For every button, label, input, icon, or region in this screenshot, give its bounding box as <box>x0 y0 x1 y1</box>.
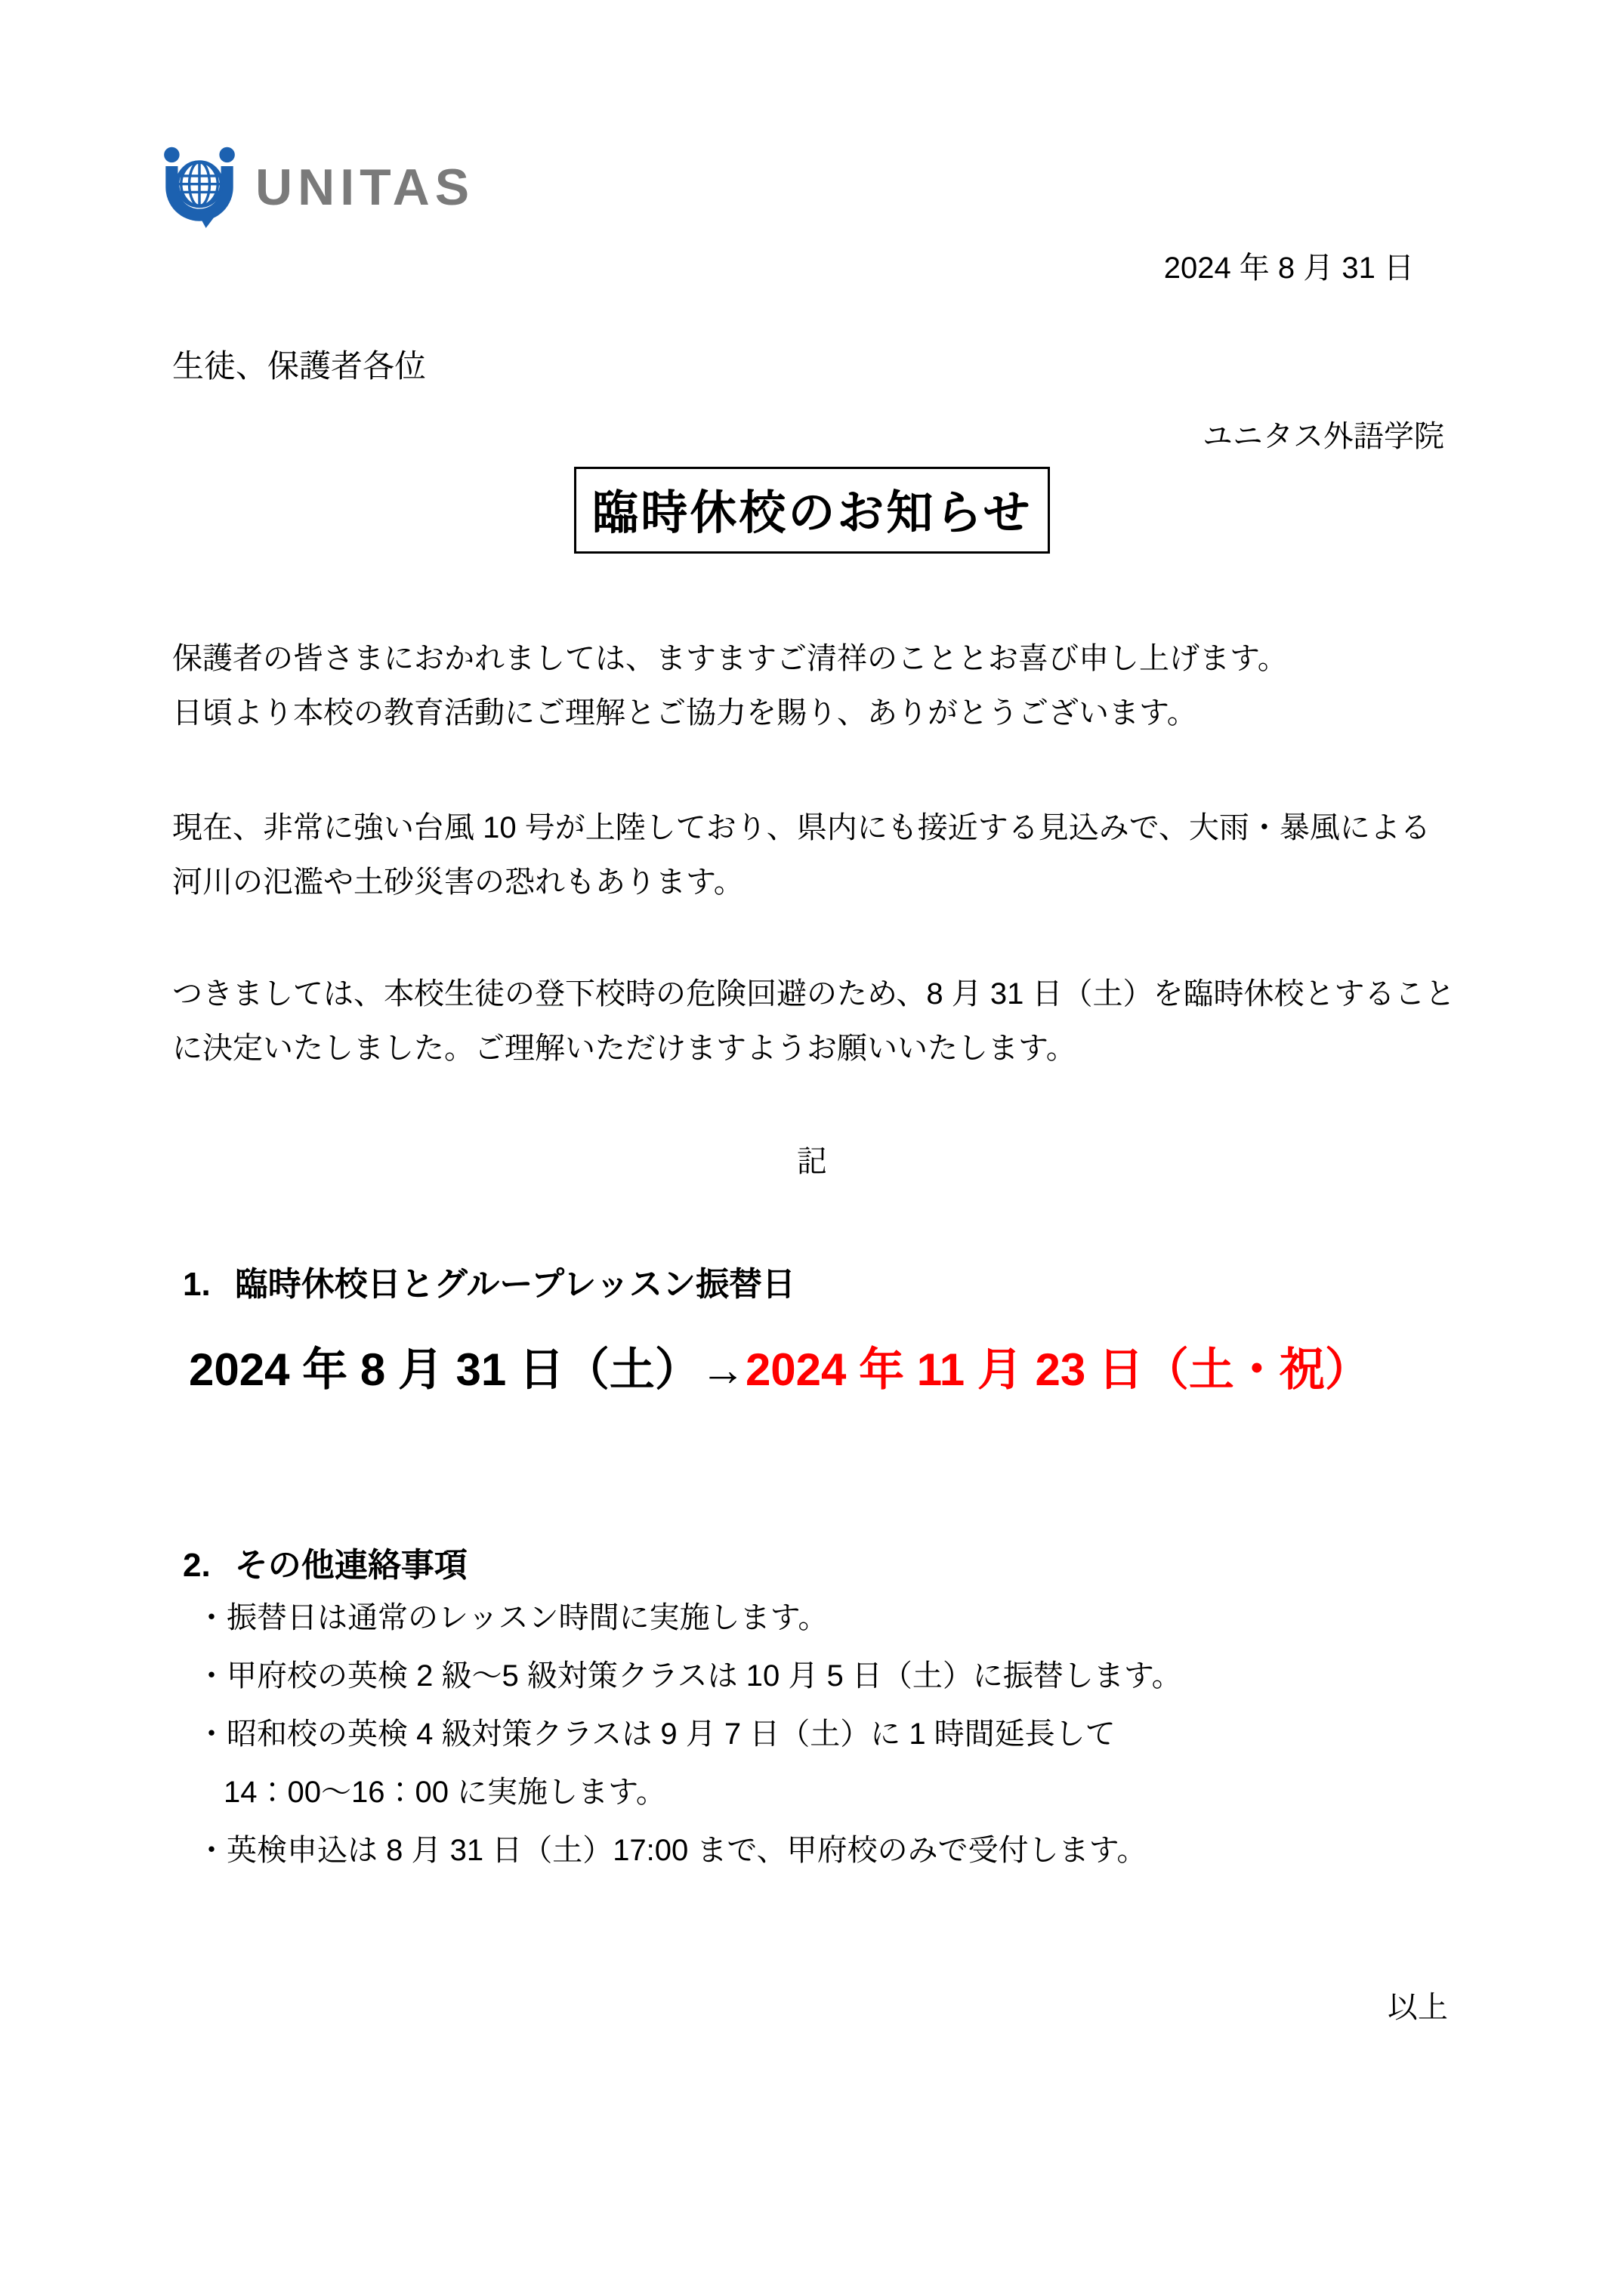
globe-speech-bubble-icon <box>157 145 242 230</box>
recipient-line: 生徒、保護者各位 <box>172 341 426 387</box>
note-item-continuation: 14：00～16：00 に実施します。 <box>196 1764 1182 1822</box>
closing-marker: 以上 <box>1388 1983 1448 2026</box>
organization-name: ユニタス外語学院 <box>1203 412 1444 455</box>
section-2-title: その他連絡事項 <box>235 1547 468 1584</box>
section-1-heading: 1.臨時休校日とグループレッスン振替日 <box>183 1257 795 1305</box>
section-2-heading: 2.その他連絡事項 <box>183 1538 468 1586</box>
situation-paragraph: 現在、非常に強い台風 10 号が上陸しており、県内にも接近する見込みで、大雨・暴… <box>172 801 1431 909</box>
note-item: ・振替日は通常のレッスン時間に実施します。 <box>196 1589 1182 1647</box>
situation-line: 現在、非常に強い台風 10 号が上陸しており、県内にも接近する見込みで、大雨・暴… <box>172 801 1431 855</box>
decision-paragraph: つきましては、本校生徒の登下校時の危険回避のため、8 月 31 日（土）を臨時休… <box>172 967 1455 1076</box>
section-1-number: 1. <box>183 1266 211 1304</box>
issue-date: 2024 年 8 月 31 日 <box>1164 244 1414 287</box>
notes-list: ・振替日は通常のレッスン時間に実施します。 ・甲府校の英検 2 級～5 級対策ク… <box>196 1589 1182 1880</box>
greeting-paragraph: 保護者の皆さまにおかれましては、ますますご清祥のこととお喜び申し上げます。 日頃… <box>172 631 1288 740</box>
makeup-date: 2024 年 11 月 23 日（土・祝） <box>746 1344 1370 1395</box>
decision-line: つきましては、本校生徒の登下校時の危険回避のため、8 月 31 日（土）を臨時休… <box>172 967 1455 1021</box>
unitas-logo: UNITAS <box>157 145 474 230</box>
arrow-glyph: → <box>700 1344 746 1395</box>
section-1-title: 臨時休校日とグループレッスン振替日 <box>235 1266 795 1303</box>
note-item: ・英検申込は 8 月 31 日（土）17:00 まで、甲府校のみで受付します。 <box>196 1822 1182 1880</box>
decision-line: に決定いたしました。ご理解いただけますようお願いいたします。 <box>172 1021 1455 1076</box>
document-page: UNITAS 2024 年 8 月 31 日 生徒、保護者各位 ユニタス外語学院… <box>0 0 1624 2293</box>
section-2-number: 2. <box>183 1547 211 1585</box>
title-row: 臨時休校のお知らせ <box>0 467 1624 554</box>
logo-wordmark: UNITAS <box>255 162 474 213</box>
situation-line: 河川の氾濫や土砂災害の恐れもあります。 <box>172 855 1431 909</box>
reschedule-line: 2024 年 8 月 31 日（土）→2024 年 11 月 23 日（土・祝） <box>189 1334 1370 1399</box>
note-item: ・甲府校の英検 2 級～5 級対策クラスは 10 月 5 日（土）に振替します。 <box>196 1647 1182 1705</box>
page-title: 臨時休校のお知らせ <box>574 467 1049 554</box>
closure-date: 2024 年 8 月 31 日（土） <box>189 1344 700 1395</box>
greeting-line: 日頃より本校の教育活動にご理解とご協力を賜り、ありがとうございます。 <box>172 686 1288 740</box>
note-item: ・昭和校の英検 4 級対策クラスは 9 月 7 日（土）に 1 時間延長して <box>196 1705 1182 1764</box>
greeting-line: 保護者の皆さまにおかれましては、ますますご清祥のこととお喜び申し上げます。 <box>172 631 1288 686</box>
record-marker: 記 <box>0 1137 1624 1180</box>
